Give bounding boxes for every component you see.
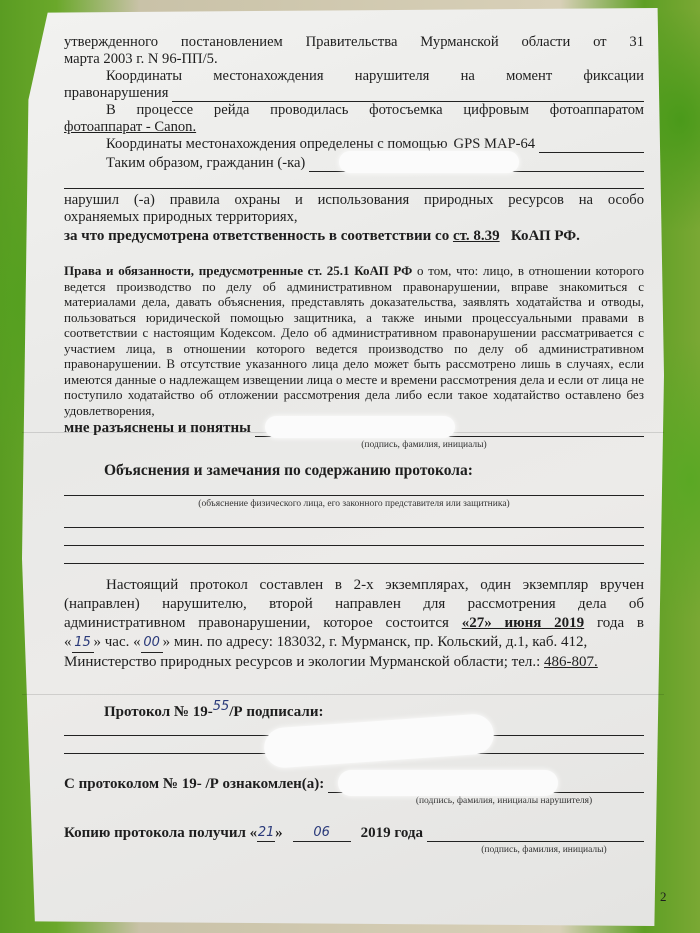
redaction-mark [339, 151, 519, 173]
citizen-blank[interactable] [309, 157, 644, 172]
citizen-field: Таким образом, гражданин (-ка) [64, 155, 644, 172]
copies-paragraph: Настоящий протокол составлен в 2-х экзем… [64, 576, 644, 672]
camera-value: фотоаппарат - Canon. [64, 119, 644, 136]
liability-prefix: за что предусмотрена ответственность в с… [64, 228, 449, 244]
coordinates-violator-text: Координаты местонахождения нарушителя на… [64, 68, 644, 85]
rights-body: о том, что: лицо, в отношении которого в… [64, 263, 644, 418]
copies-text-3-prefix: административном правонарушении, которое… [64, 615, 449, 631]
phone-number: 486-807. [544, 654, 598, 670]
rights-explained-field: мне разъяснены и понятны [64, 420, 644, 437]
coordinates-violator-blank[interactable] [172, 87, 644, 102]
hearing-date: «27» июня 2019 [462, 615, 584, 631]
copies-text-1: Настоящий протокол составлен в 2-х экзем… [64, 576, 644, 595]
copy-received-mid: » [275, 825, 283, 842]
coordinates-violator-label: правонарушения [64, 85, 168, 102]
acquainted-field: С протоколом № 19- /Р ознакомлен(а): [64, 776, 644, 793]
copies-text-3: административном правонарушении, которое… [64, 614, 644, 633]
copy-received-day[interactable]: 21 [257, 824, 275, 842]
intro-line-2: марта 2003 г. N 96-ПП/5. [64, 51, 644, 68]
copy-received-field: Копию протокола получил « 21 » 06 2019 г… [64, 824, 644, 842]
copies-text-2: (направлен) нарушителю, второй направлен… [64, 595, 644, 614]
redaction-mark [338, 770, 558, 796]
liability-line: за что предусмотрена ответственность в с… [64, 228, 644, 245]
violation-text-2: охраняемых природных территориях, [64, 209, 644, 226]
rights-paragraph: Права и обязанности, предусмотренные ст.… [64, 263, 644, 418]
acquainted-label: С протоколом № 19- /Р ознакомлен(а): [64, 776, 324, 793]
copies-text-3-suffix: года в [597, 615, 644, 631]
acquainted-blank[interactable] [328, 778, 644, 793]
explanations-caption: (объяснение физического лица, его законн… [64, 496, 644, 513]
rights-explained-label: мне разъяснены и понятны [64, 420, 251, 437]
copy-received-label: Копию протокола получил « [64, 825, 257, 842]
rights-explained-blank[interactable] [255, 422, 644, 437]
signatures-area [64, 735, 644, 754]
copy-received-year: 2019 года [361, 825, 423, 842]
minute-label: » мин. по адресу: 183032, г. Мурманск, п… [163, 634, 588, 650]
citizen-label: Таким образом, гражданин (-ка) [106, 155, 305, 172]
redaction-mark [265, 416, 455, 438]
copy-received-signature-blank[interactable] [427, 827, 644, 842]
protocol-body: утвержденного постановлением Правительст… [64, 34, 644, 859]
signed-row: Протокол № 19-55/Р подписали: [64, 698, 644, 721]
gps-blank[interactable] [539, 138, 644, 153]
coordinates-violator-field: правонарушения [64, 85, 644, 102]
signed-label-suffix: /Р подписали: [229, 704, 323, 720]
copy-received-caption: (подпись, фамилия, инициалы) [64, 842, 644, 859]
hour-label: » час. « [94, 634, 141, 650]
page-number: 2 [660, 889, 667, 905]
copy-received-month[interactable]: 06 [293, 824, 351, 842]
citizen-blank-line-2[interactable] [64, 188, 644, 189]
photo-text: В процессе рейда проводилась фотосъемка … [64, 102, 644, 119]
hour-open: « [64, 634, 72, 650]
copies-text-5-prefix: Министерство природных ресурсов и эколог… [64, 654, 540, 670]
article-number: ст. 8.39 [453, 228, 500, 244]
protocol-number: 55 [213, 699, 230, 714]
violation-text-1: нарушил (-а) правила охраны и использова… [64, 192, 644, 209]
copies-text-5: Министерство природных ресурсов и эколог… [64, 653, 644, 672]
explanations-line-3[interactable] [64, 545, 644, 546]
signed-label-prefix: Протокол № 19- [104, 704, 213, 720]
redaction-mark [263, 713, 495, 769]
intro-line-1: утвержденного постановлением Правительст… [64, 34, 644, 51]
explanations-line-2[interactable] [64, 527, 644, 528]
explanations-line-4[interactable] [64, 563, 644, 564]
code-name: КоАП РФ. [511, 228, 580, 244]
hearing-hour-field[interactable]: 15 [72, 633, 94, 653]
rights-lead: Права и обязанности, предусмотренные ст.… [64, 263, 412, 278]
explanations-heading: Объяснения и замечания по содержанию про… [64, 462, 644, 479]
rights-explained-caption: (подпись, фамилия, инициалы) [64, 437, 644, 454]
copies-text-4: «15» час. «00» мин. по адресу: 183032, г… [64, 633, 644, 653]
hearing-minute-field[interactable]: 00 [141, 633, 163, 653]
